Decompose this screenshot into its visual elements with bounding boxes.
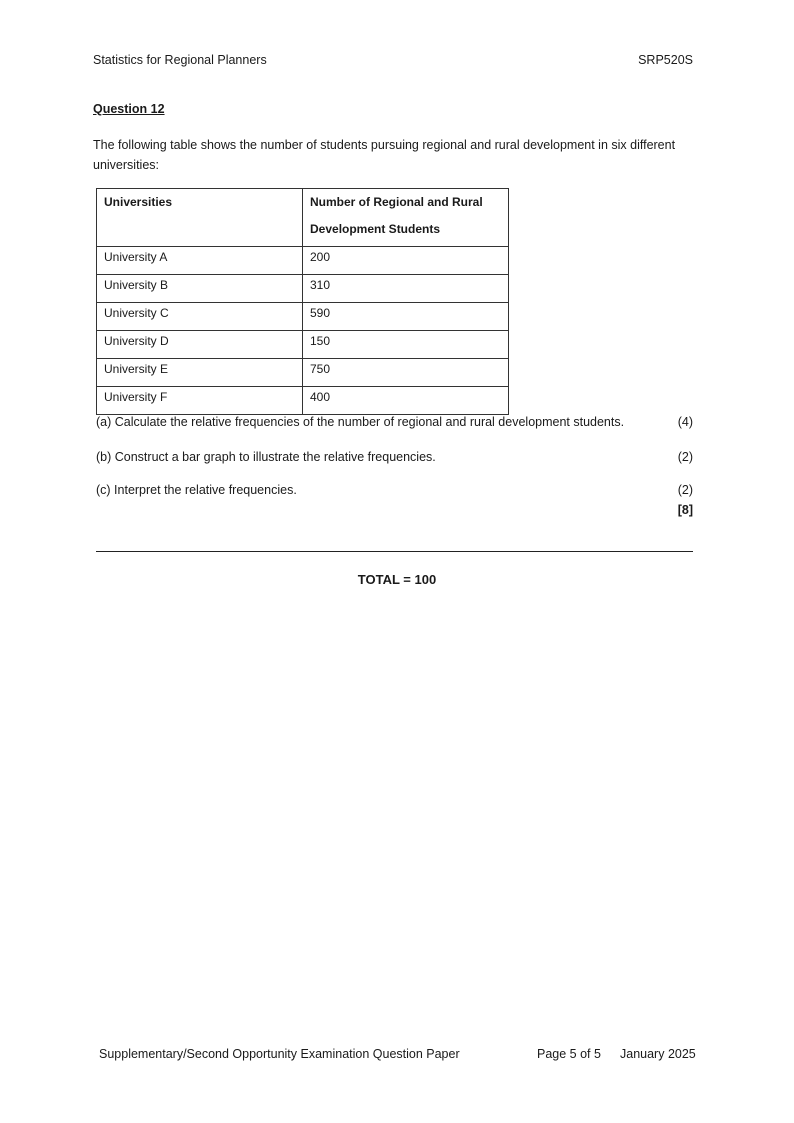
university-name: University D (97, 331, 303, 359)
footer-paper-type: Supplementary/Second Opportunity Examina… (99, 1047, 460, 1061)
question-total-marks: [8] (678, 503, 693, 517)
question-title: Question 12 (93, 102, 165, 116)
part-c-text: (c) Interpret the relative frequencies. (96, 483, 297, 497)
table-header-row: Universities Number of Regional and Rura… (97, 189, 509, 247)
question-part-a: (a) Calculate the relative frequencies o… (96, 415, 693, 429)
divider (96, 551, 693, 552)
table-row: University C 590 (97, 303, 509, 331)
paper-total: TOTAL = 100 (0, 572, 794, 587)
student-count: 200 (303, 247, 509, 275)
course-title: Statistics for Regional Planners (93, 53, 267, 67)
header-student-count: Number of Regional and Rural Development… (303, 189, 509, 247)
footer-date: January 2025 (620, 1047, 696, 1061)
table-row: University F 400 (97, 387, 509, 415)
footer-page-number: Page 5 of 5 (537, 1047, 601, 1061)
part-a-marks: (4) (678, 415, 693, 429)
course-code: SRP520S (638, 53, 693, 67)
student-count: 400 (303, 387, 509, 415)
part-c-marks: (2) (678, 483, 693, 497)
university-name: University C (97, 303, 303, 331)
university-name: University B (97, 275, 303, 303)
question-intro: The following table shows the number of … (93, 135, 693, 175)
university-name: University A (97, 247, 303, 275)
table-row: University E 750 (97, 359, 509, 387)
student-count: 150 (303, 331, 509, 359)
table-row: University A 200 (97, 247, 509, 275)
question-part-b: (b) Construct a bar graph to illustrate … (96, 450, 693, 464)
table-row: University D 150 (97, 331, 509, 359)
header-universities: Universities (97, 189, 303, 247)
student-count: 590 (303, 303, 509, 331)
student-count: 310 (303, 275, 509, 303)
part-a-text: (a) Calculate the relative frequencies o… (96, 415, 624, 429)
university-name: University F (97, 387, 303, 415)
question-part-c: (c) Interpret the relative frequencies. … (96, 483, 693, 497)
table-row: University B 310 (97, 275, 509, 303)
part-b-text: (b) Construct a bar graph to illustrate … (96, 450, 436, 464)
university-name: University E (97, 359, 303, 387)
student-count: 750 (303, 359, 509, 387)
students-table: Universities Number of Regional and Rura… (96, 188, 509, 415)
part-b-marks: (2) (678, 450, 693, 464)
